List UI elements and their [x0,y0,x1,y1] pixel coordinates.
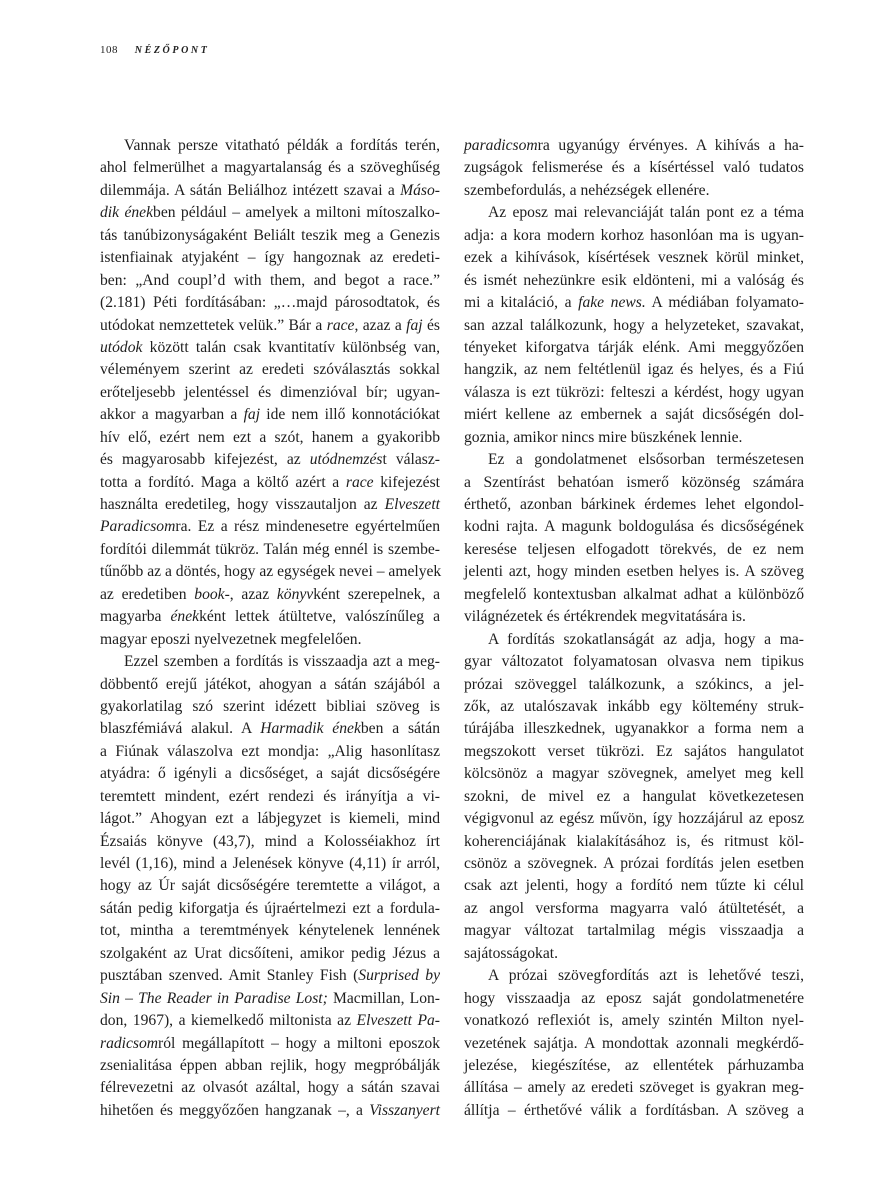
text-line: döbbentő erejű játékot, ahogyan a sátán … [100,674,440,696]
italic-term: utódnemzés [310,451,383,468]
text-line: Vannak persze vitatható példák a fordítá… [100,135,440,157]
text-line: megfelelő kontextusban alkalmat adhat a … [464,584,804,606]
text-line: tűnőbb az a döntés, hogy az egységek nev… [100,561,440,583]
text-line: érthető, azonban bárkinek érdemes lehet … [464,494,804,516]
text-line: szolgaként az Urat dicsőíteni, amikor pe… [100,943,440,965]
text-line: magyarba énekként lettek átültetve, való… [100,606,440,628]
text-line: zők, az utalószavak inkább egy költemény… [464,696,804,718]
text-line: állítja – érthetővé válik a fordításban.… [464,1100,804,1122]
text-line: és magyarosabb kifejezést, az utódnemzés… [100,449,440,471]
text-line: keresése teljesen elfogadott törekvés, d… [464,539,804,561]
italic-term: paradicsom [464,137,538,154]
text-line: félrevezetni az olvasót azáltal, hogy a … [100,1077,440,1099]
text-line: gyar változatot folyamatosan olvasva nem… [464,651,804,673]
text-line: A prózai szövegfordítás azt is lehetővé … [464,965,804,987]
text-line: koherenciájának kialakításához is, és ri… [464,831,804,853]
text-line: erőteljesebb jelentéssel és dimenzióval … [100,382,440,404]
text-line: adja: a kora modern korhoz hasonlóan ma … [464,225,804,247]
text-line: az angol versforma magyarra való átültet… [464,898,804,920]
text-line: Sin – The Reader in Paradise Lost; Macmi… [100,988,440,1010]
text-line: Az eposz mai relevanciáját talán pont ez… [464,202,804,224]
text-line: állítása – amely az eredeti szöveget is … [464,1077,804,1099]
text-line: szokni, de mivel ez a hangulat következe… [464,786,804,808]
text-line: csönöz a szövegnek. A prózai fordítás je… [464,853,804,875]
text-line: a Fiúnak válaszolva ezt mondja: „Alig ha… [100,741,440,763]
text-line: dilemmája. A sátán Beliálhoz intézett sz… [100,180,440,202]
text-line: tényeket kiforgatva tárják elénk. Ami me… [464,337,804,359]
text-line: véleményem szerint az eredeti szóválaszt… [100,359,440,381]
text-line: fordítói dilemmát tükröz. Talán még enné… [100,539,440,561]
page-number: 108 [100,44,118,56]
text-line: akkor a magyarban a faj ide nem illő kon… [100,404,440,426]
text-line: utódok között talán csak kvantitatív kül… [100,337,440,359]
italic-term: utódok [100,339,142,356]
text-line: jelezése, kiegészítése, az ellentétek pá… [464,1055,804,1077]
text-line: don, 1967), a kiemelkedő miltonista az E… [100,1010,440,1032]
italic-term: könyv [277,586,313,603]
text-line: hangzik, az nem feltétlenül igaz és hely… [464,359,804,381]
text-line: lágot.” Ahogyan ezt a lábjegyzet is kiem… [100,808,440,830]
text-line: sajátosságokat. [464,943,804,965]
text-line: miért kellene az embernek a saját dicsős… [464,404,804,426]
text-line: válasza is ezt tükrözi: felteszi a kérdé… [464,382,804,404]
text-line: zugságok felismerése és a kísértéssel va… [464,157,804,179]
text-line: csak azt jelenti, hogy a fordító nem tűz… [464,875,804,897]
italic-term: ének [171,608,200,625]
italic-term: Máso- [400,182,440,199]
text-line: tot, mintha a teremtmények kénytelenek l… [100,920,440,942]
text-line: ahol felmerülhet a magyartalanság és a s… [100,157,440,179]
text-line: Ezzel szemben a fordítás is visszaadja a… [100,651,440,673]
italic-term: faj [244,406,260,423]
text-line: istenfiainak atyjaként – így hangoznak a… [100,247,440,269]
text-line: atyádra: ő igényli a dicsőséget, a saját… [100,763,440,785]
text-line: hív elő, ezért nem ezt a szót, hanem a g… [100,427,440,449]
text-line: szembefordulás, a nehézségek ellenére. [464,180,804,202]
text-line: san azzal találkozunk, hogy a helyzeteke… [464,315,804,337]
text-line: hihetően és meggyőzően hangzanak –, a Vi… [100,1100,440,1122]
text-line: hogy az Úr saját dicsőségére teremtette … [100,875,440,897]
running-head: 108 NÉZŐPONT [100,44,209,56]
text-line: ezek a kihívások, kísértések vesznek kör… [464,247,804,269]
text-line: blaszfémiává alakul. A Harmadik énekben … [100,718,440,740]
text-line: sátán pedig kiforgatja és újraértelmezi … [100,898,440,920]
text-line: vonatkozó reflexiót is, amely szintén Mi… [464,1010,804,1032]
text-line: végigvonul az egész művön, így hozzájáru… [464,808,804,830]
text-line: kölcsönöz a magyar szövegnek, amelyet me… [464,763,804,785]
text-line: zsenialitása éppen abban rejlik, hogy me… [100,1055,440,1077]
text-line: a Szentírást behatóan ismerő közönség sz… [464,472,804,494]
text-line: világnézetek és értékrendek megvitatásár… [464,606,804,628]
italic-term: Elveszett Pa- [357,1012,440,1029]
italic-term: book [194,586,224,603]
section-title: NÉZŐPONT [135,45,210,56]
right-column: paradicsomra ugyanúgy érvényes. A kihívá… [464,135,804,1122]
italic-term: Visszanyert [369,1102,440,1119]
italic-term: Harmadik ének [260,720,361,737]
italic-term: fake news. [578,294,646,311]
text-line: mi a kitaláció, a fake news. A médiában … [464,292,804,314]
italic-term: dik ének [100,204,153,221]
text-line: totta a fordító. Maga a költő azért a ra… [100,472,440,494]
text-line: jelenti azt, hogy minden esetben helyes … [464,561,804,583]
text-line: teremtett mindent, ezért rendezi és irán… [100,786,440,808]
text-line: gyakorlatilag szó szerint idézett biblia… [100,696,440,718]
text-line: Ézsaiás könyve (43,7), mind a Kolosséiak… [100,831,440,853]
text-line: Paradicsomra. Ez a rész mindenesetre egy… [100,516,440,538]
text-line: túrájába illeszkednek, ugyanakkor a form… [464,718,804,740]
italic-term: faj [406,317,422,334]
text-line: dik énekben például – amelyek a miltoni … [100,202,440,224]
text-line: goznia, amikor nincs mire büszkének lenn… [464,427,804,449]
text-line: (2.181) Péti fordításában: „…majd pároso… [100,292,440,314]
text-line: utódokat nemzettetek velük.” Bár a race,… [100,315,440,337]
text-line: levél (1,16), mind a Jelenések könyve (4… [100,853,440,875]
text-line: és ismét nehezünkre esik eldönteni, mi a… [464,270,804,292]
text-line: használta eredetileg, hogy visszautaljon… [100,494,440,516]
italic-term: radicsom [100,1035,158,1052]
text-line: A fordítás szokatlanságát az adja, hogy … [464,629,804,651]
text-line: radicsomról megállapított – hogy a milto… [100,1033,440,1055]
italic-term: race [327,317,355,334]
italic-term: Elveszett [385,496,440,513]
italic-term: race [346,474,374,491]
italic-term: Paradicsom [100,518,175,535]
text-line: megszokott verset tükrözi. Ez sajátos ha… [464,741,804,763]
text-line: magyar változat tartalmilag mégis vissza… [464,920,804,942]
text-line: hogy visszaadja az eposz saját gondolatm… [464,988,804,1010]
text-line: prózai szöveggel találkozunk, a szókincs… [464,674,804,696]
text-line: pusztában szenved. Amit Stanley Fish (Su… [100,965,440,987]
text-line: Ez a gondolatmenet elsősorban természete… [464,449,804,471]
text-line: ben: „And coupl’d with them, and begot a… [100,270,440,292]
left-column: Vannak persze vitatható példák a fordítá… [100,135,440,1122]
text-line: vezetének sajátja. A mondottak azonnali … [464,1033,804,1055]
text-line: kodni rajta. A magunk boldogulása és dic… [464,516,804,538]
text-line: az eredetiben book-, azaz könyvként szer… [100,584,440,606]
italic-term: Surprised by [358,967,440,984]
text-line: magyar eposzi nyelvezetnek megfelelően. [100,629,440,651]
text-line: tás tanúbizonyságaként Beliált teszik me… [100,225,440,247]
text-line: paradicsomra ugyanúgy érvényes. A kihívá… [464,135,804,157]
italic-term: Sin – The Reader in Paradise Lost; [100,990,328,1007]
